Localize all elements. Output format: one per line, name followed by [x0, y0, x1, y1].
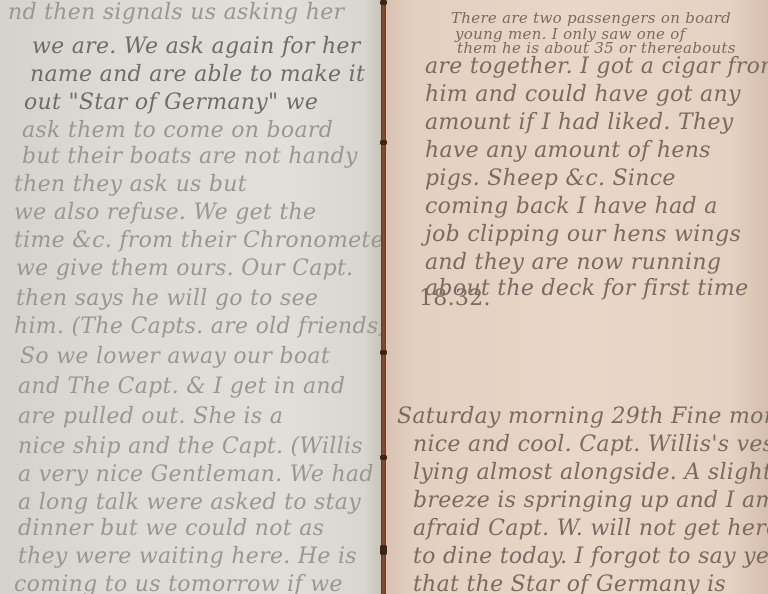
entry2-line-5: to dine today. I forgot to say yesterday [413, 544, 768, 570]
binding-stitch [380, 0, 387, 5]
left-line-17: a long talk were asked to stay [18, 490, 361, 516]
entry2-line-0: Saturday morning 29th Fine morning and [397, 404, 768, 430]
left-line-16: a very nice Gentleman. We had [18, 462, 374, 488]
binding-stitch [380, 545, 387, 555]
right-line-9: 18.32. [419, 286, 491, 312]
left-line-3: out "Star of Germany" we [24, 90, 318, 116]
left-line-8: time &c. from their Chronometer [14, 228, 395, 254]
entry2-line-3: breeze is springing up and I am [413, 488, 768, 514]
left-line-6: then they ask us but [14, 172, 247, 198]
right-line-6: job clipping our hens wings [425, 222, 741, 248]
left-page: nd then signals us asking her we are. We… [0, 0, 383, 594]
right-line-2: amount if I had liked. They [425, 110, 734, 136]
right-line-7: and they are now running [425, 250, 721, 276]
left-line-2: name and are able to make it [30, 62, 365, 88]
entry2-line-2: lying almost alongside. A slight [413, 460, 768, 486]
left-line-20: coming to us tomorrow if we [14, 572, 343, 594]
entry2-line-6: that the Star of Germany is [413, 572, 726, 594]
book-spine [381, 0, 386, 594]
left-line-1: we are. We ask again for her [32, 34, 361, 60]
binding-stitch [380, 455, 387, 460]
left-line-5: but their boats are not handy [22, 144, 358, 170]
right-line-4: pigs. Sheep &c. Since [425, 166, 676, 192]
left-line-10: then says he will go to see [16, 286, 318, 312]
left-line-7: we also refuse. We get the [14, 200, 316, 226]
right-line-0: are together. I got a cigar from [425, 54, 768, 80]
right-header-line-0: There are two passengers on board [451, 10, 731, 26]
left-line-9: we give them ours. Our Capt. [16, 256, 353, 282]
left-line-14: are pulled out. She is a [18, 404, 283, 430]
right-line-3: have any amount of hens [425, 138, 711, 164]
right-line-1: him and could have got any [425, 82, 741, 108]
binding-stitch [380, 350, 387, 355]
left-line-15: nice ship and the Capt. (Willis [18, 434, 363, 460]
right-line-5: coming back I have had a [425, 194, 718, 220]
left-line-11: him. (The Capts. are old friends) [14, 314, 387, 340]
entry2-line-4: afraid Capt. W. will not get here [413, 516, 768, 542]
left-line-18: dinner but we could not as [18, 516, 324, 542]
left-line-13: and The Capt. & I get in and [18, 374, 345, 400]
binding-stitch [380, 140, 387, 145]
entry2-line-1: nice and cool. Capt. Willis's vessel [413, 432, 768, 458]
diary-spread: nd then signals us asking her we are. We… [0, 0, 768, 594]
left-line-6-text: then they ask us but [14, 172, 247, 197]
left-line-19: they were waiting here. He is [18, 544, 357, 570]
left-line-12: So we lower away our boat [20, 344, 330, 370]
left-line-4: ask them to come on board [22, 118, 333, 144]
right-page: There are two passengers on board young … [385, 0, 768, 594]
left-line-0: nd then signals us asking her [8, 0, 344, 26]
